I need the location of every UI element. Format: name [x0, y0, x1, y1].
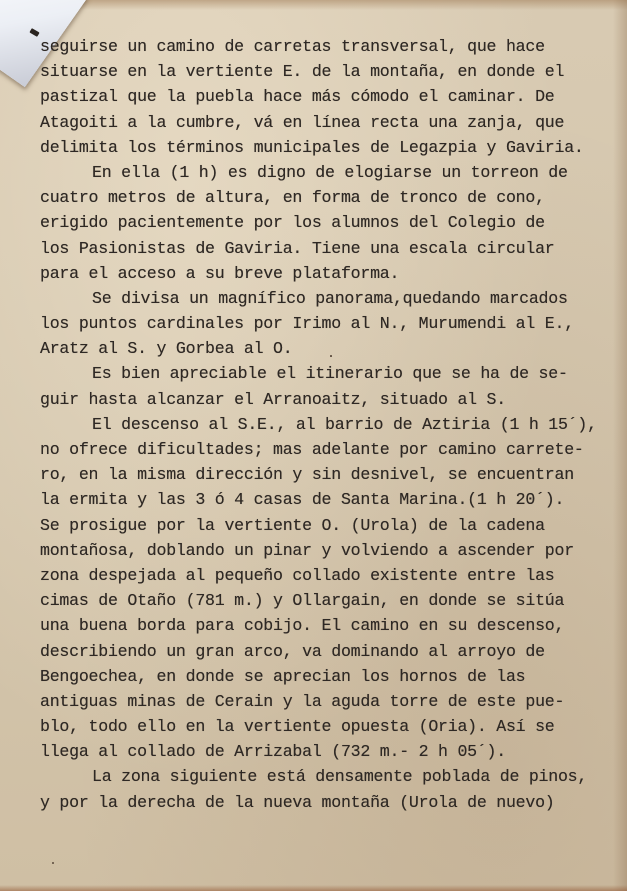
text-line: llega al collado de Arrizabal (732 m.- 2…: [40, 739, 620, 764]
text-line: una buena borda para cobijo. El camino e…: [40, 613, 620, 638]
text-line: Se prosigue por la vertiente O. (Urola) …: [40, 513, 620, 538]
text-line: los Pasionistas de Gaviria. Tiene una es…: [40, 236, 620, 261]
text-line: cimas de Otaño (781 m.) y Ollargain, en …: [40, 588, 620, 613]
text-line: cuatro metros de altura, en forma de tro…: [40, 185, 620, 210]
paper-speck: [52, 862, 54, 864]
text-line: delimita los términos municipales de Leg…: [40, 135, 620, 160]
text-line: seguirse un camino de carretas transvers…: [40, 34, 620, 59]
text-line: erigido pacientemente por los alumnos de…: [40, 210, 620, 235]
text-line: la ermita y las 3 ó 4 casas de Santa Mar…: [40, 487, 620, 512]
text-line: El descenso al S.E., al barrio de Aztiri…: [40, 412, 620, 437]
text-line: zona despejada al pequeño collado existe…: [40, 563, 620, 588]
text-line: Bengoechea, en donde se aprecian los hor…: [40, 664, 620, 689]
text-line: describiendo un gran arco, va dominando …: [40, 639, 620, 664]
text-line: pastizal que la puebla hace más cómodo e…: [40, 84, 620, 109]
text-line: antiguas minas de Cerain y la aguda torr…: [40, 689, 620, 714]
text-line: Es bien apreciable el itinerario que se …: [40, 361, 620, 386]
document-body: seguirse un camino de carretas transvers…: [40, 34, 620, 815]
text-line: La zona siguiente está densamente poblad…: [40, 764, 620, 789]
text-line: no ofrece dificultades; mas adelante por…: [40, 437, 620, 462]
paper-speck: [492, 372, 494, 374]
text-line: Aratz al S. y Gorbea al O.: [40, 336, 620, 361]
page-top-edge: [0, 0, 627, 10]
typewritten-page: seguirse un camino de carretas transvers…: [0, 0, 627, 891]
text-line: y por la derecha de la nueva montaña (Ur…: [40, 790, 620, 815]
text-line: Atagoiti a la cumbre, vá en línea recta …: [40, 110, 620, 135]
text-line: Se divisa un magnífico panorama,quedando…: [40, 286, 620, 311]
text-line: montañosa, doblando un pinar y volviendo…: [40, 538, 620, 563]
text-line: los puntos cardinales por Irimo al N., M…: [40, 311, 620, 336]
page-bottom-edge: [0, 885, 627, 891]
paper-speck: [330, 355, 332, 357]
text-line: blo, todo ello en la vertiente opuesta (…: [40, 714, 620, 739]
text-line: para el acceso a su breve plataforma.: [40, 261, 620, 286]
text-line: situarse en la vertiente E. de la montañ…: [40, 59, 620, 84]
text-line: guir hasta alcanzar el Arranoaitz, situa…: [40, 387, 620, 412]
text-line: En ella (1 h) es digno de elogiarse un t…: [40, 160, 620, 185]
text-line: ro, en la misma dirección y sin desnivel…: [40, 462, 620, 487]
